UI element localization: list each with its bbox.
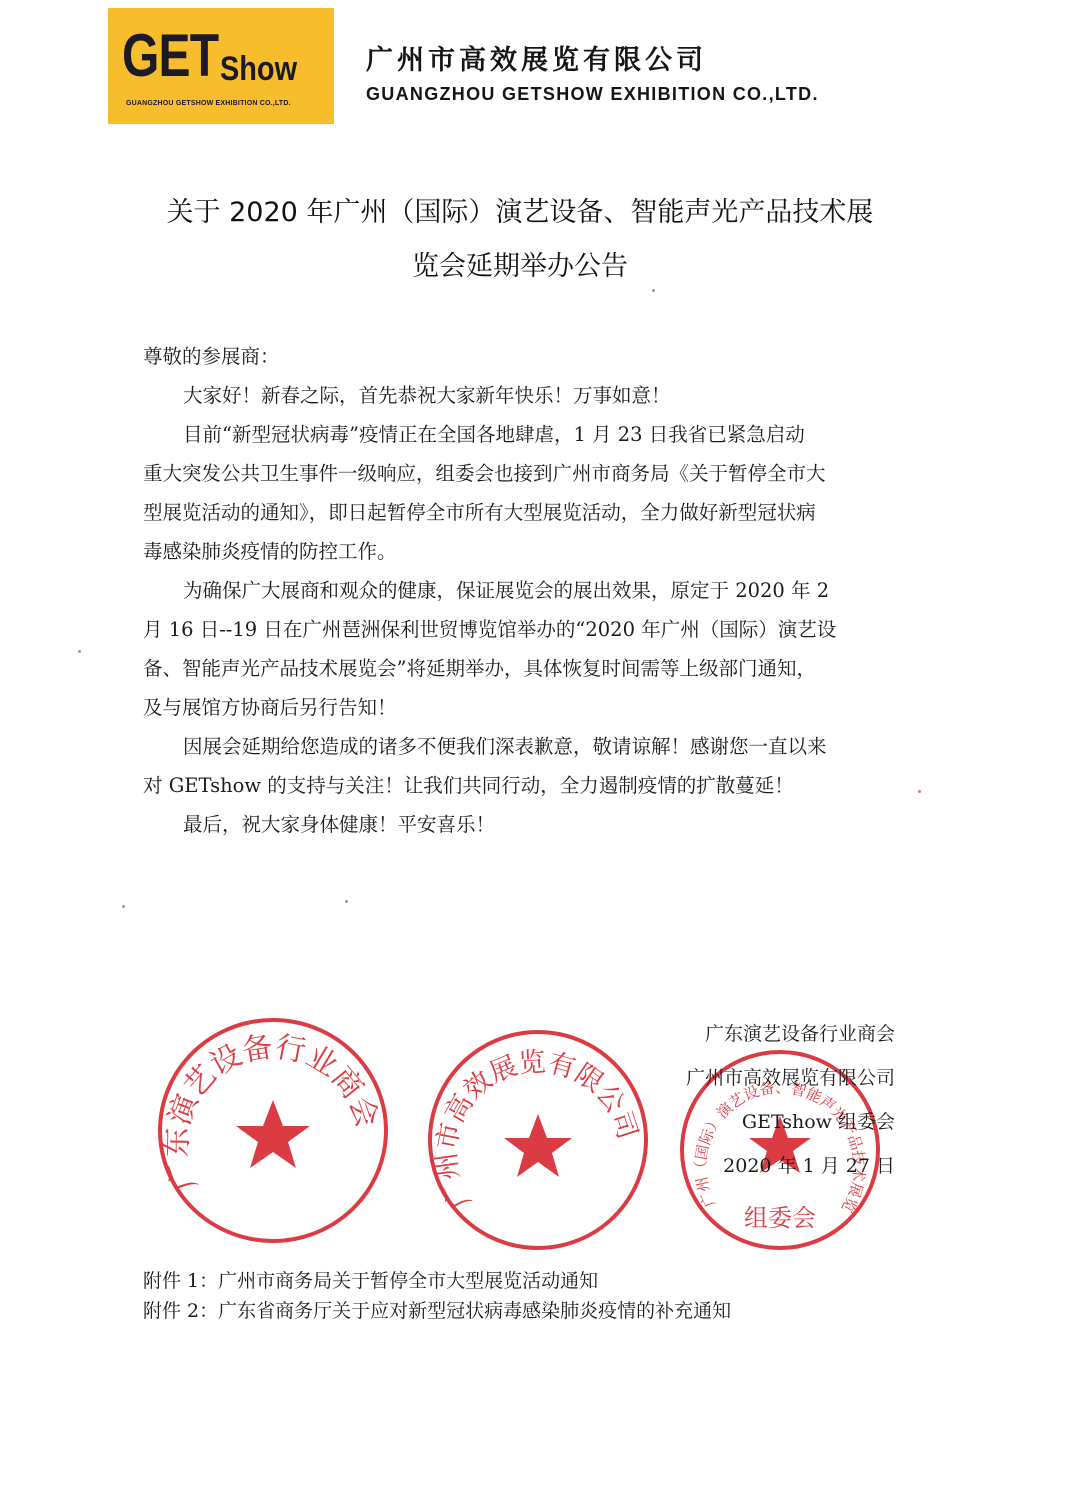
paragraph-postpone-line: 备、智能声光产品技术展览会”将延期举办，具体恢复时间需等上级部门通知，	[143, 649, 903, 688]
star-icon: 广东演艺设备行业商会	[162, 1022, 384, 1239]
signature-org-company: 广州市高效展览有限公司	[686, 1056, 895, 1100]
company-name-en: GUANGZHOU GETSHOW EXHIBITION CO.,LTD.	[366, 84, 819, 105]
stamp-getshow-company: 广州市高效展览有限公司	[428, 1030, 648, 1250]
scan-speck	[78, 650, 81, 653]
letter-body: 尊敬的参展商： 大家好！新春之际，首先恭祝大家新年快乐！万事如意！ 目前“新型冠…	[143, 337, 903, 844]
signature-date: 2020 年 1 月 27 日	[686, 1144, 895, 1188]
attachments-list: 附件 1：广州市商务局关于暂停全市大型展览活动通知 附件 2：广东省商务厅关于应…	[143, 1266, 731, 1326]
document-title-line-1: 关于 2020 年广州（国际）演艺设备、智能声光产品技术展	[130, 190, 910, 229]
svg-text:组委会: 组委会	[744, 1204, 816, 1232]
letterhead: GETShow GUANGZHOU GETSHOW EXHIBITION CO.…	[108, 8, 928, 126]
paragraph-greeting: 大家好！新春之际，首先恭祝大家新年快乐！万事如意！	[143, 376, 903, 415]
star-icon: 广州市高效展览有限公司	[432, 1034, 644, 1246]
company-name-cn: 广州市高效展览有限公司	[366, 38, 707, 77]
attachment-item: 附件 1：广州市商务局关于暂停全市大型展览活动通知	[143, 1266, 731, 1296]
scan-speck	[122, 905, 125, 908]
paragraph-apology-line: 对 GETshow 的支持与关注！让我们共同行动，全力遏制疫情的扩散蔓延！	[143, 766, 903, 805]
attachment-item: 附件 2：广东省商务厅关于应对新型冠状病毒感染肺炎疫情的补充通知	[143, 1296, 731, 1326]
scan-speck	[652, 289, 655, 292]
salutation: 尊敬的参展商：	[143, 337, 903, 376]
paragraph-closing: 最后，祝大家身体健康！平安喜乐！	[143, 805, 903, 844]
paragraph-epidemic-line: 毒感染肺炎疫情的防控工作。	[143, 532, 903, 571]
signature-block: 广东演艺设备行业商会 广州市高效展览有限公司 GETshow 组委会 2020 …	[686, 1012, 895, 1188]
paragraph-epidemic-line: 目前“新型冠状病毒”疫情正在全国各地肆虐，1 月 23 日我省已紧急启动	[143, 415, 903, 454]
paragraph-apology-line: 因展会延期给您造成的诸多不便我们深表歉意，敬请谅解！感谢您一直以来	[143, 727, 903, 766]
signature-org-committee: GETshow 组委会	[686, 1100, 895, 1144]
paragraph-epidemic-line: 重大突发公共卫生事件一级响应，组委会也接到广州市商务局《关于暂停全市大	[143, 454, 903, 493]
scan-speck	[345, 900, 348, 903]
paragraph-postpone-line: 月 16 日--19 日在广州琶洲保利世贸博览馆举办的“2020 年广州（国际）…	[143, 610, 903, 649]
scan-speck	[918, 790, 921, 793]
logo-subtitle: GUANGZHOU GETSHOW EXHIBITION CO.,LTD.	[126, 100, 291, 107]
logo-show-text: Show	[220, 52, 297, 86]
logo-get-text: GET	[122, 26, 218, 86]
paragraph-postpone-line: 为确保广大展商和观众的健康，保证展览会的展出效果，原定于 2020 年 2	[143, 571, 903, 610]
logo-wordmark: GETShow	[122, 26, 311, 86]
getshow-logo: GETShow GUANGZHOU GETSHOW EXHIBITION CO.…	[108, 8, 334, 124]
document-title-line-2: 览会延期举办公告	[130, 244, 910, 283]
signature-org-chamber: 广东演艺设备行业商会	[686, 1012, 895, 1056]
paragraph-postpone-line: 及与展馆方协商后另行告知！	[143, 688, 903, 727]
paragraph-epidemic-line: 型展览活动的通知》，即日起暂停全市所有大型展览活动，全力做好新型冠状病	[143, 493, 903, 532]
stamp-chamber-of-commerce: 广东演艺设备行业商会	[158, 1018, 388, 1243]
